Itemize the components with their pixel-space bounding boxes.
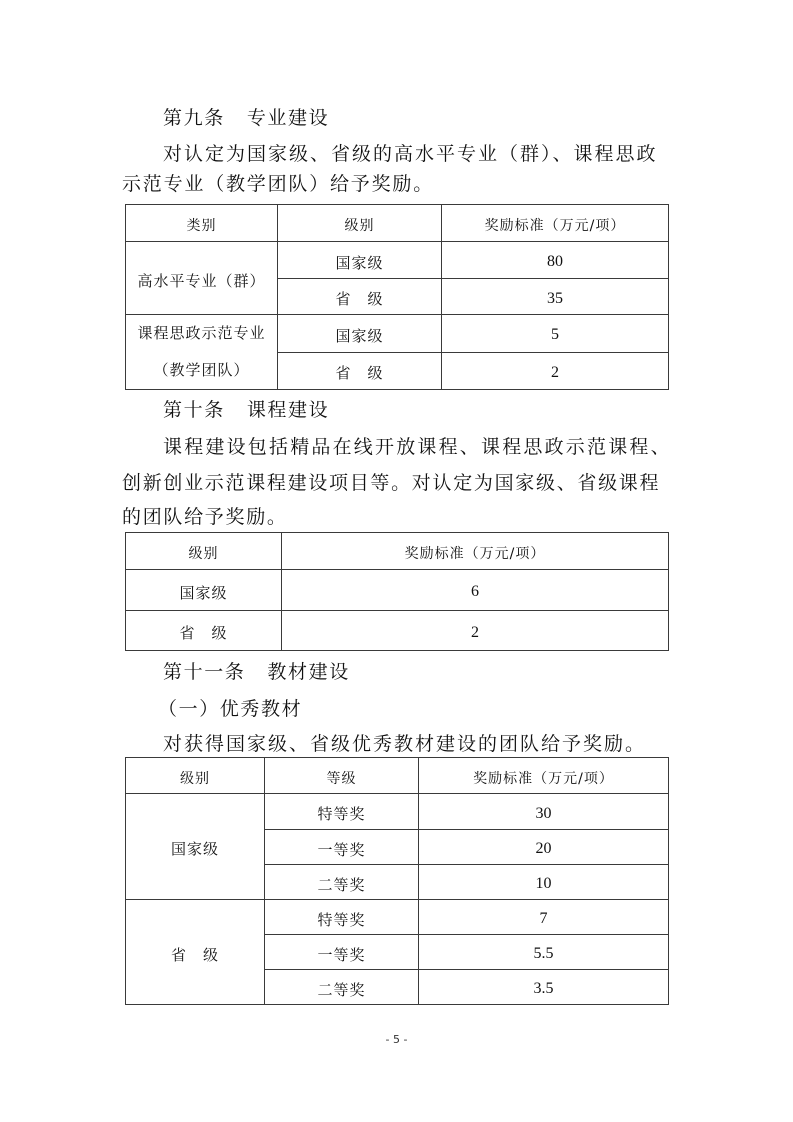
grade-cell: 二等奖	[265, 865, 419, 900]
article10-heading-number: 第十条	[163, 399, 225, 421]
header-level: 级别	[278, 205, 442, 242]
level-cell: 国家级	[278, 242, 442, 279]
amount-cell: 35	[442, 279, 669, 315]
article10-heading-title: 课程建设	[247, 399, 329, 421]
table-row: 省 级 2	[126, 611, 669, 651]
table-header-row: 级别 等级 奖励标准（万元/项）	[126, 758, 669, 794]
level-cell: 省 级	[126, 900, 265, 1005]
amount-cell: 3.5	[419, 970, 669, 1005]
grade-cell: 特等奖	[265, 794, 419, 830]
header-amount: 奖励标准（万元/项）	[442, 205, 669, 242]
article11-heading: 第十一条教材建设	[163, 660, 350, 684]
article10-paragraph-line3: 的团队给予奖励。	[122, 505, 288, 529]
grade-cell: 特等奖	[265, 900, 419, 935]
level-cell: 国家级	[126, 570, 282, 611]
header-level: 级别	[126, 758, 265, 794]
article10-heading: 第十条课程建设	[163, 398, 329, 422]
page-number: - 5 -	[0, 1033, 793, 1046]
amount-cell: 2	[282, 611, 669, 651]
amount-cell: 80	[442, 242, 669, 279]
category-text-line2: （教学团队）	[126, 352, 277, 389]
grade-cell: 一等奖	[265, 935, 419, 970]
table-row: 课程思政示范专业 （教学团队） 国家级 5	[126, 315, 669, 353]
category-cell: 课程思政示范专业 （教学团队）	[126, 315, 278, 390]
table-header-row: 类别 级别 奖励标准（万元/项）	[126, 205, 669, 242]
table-row: 国家级 特等奖 30	[126, 794, 669, 830]
amount-cell: 20	[419, 830, 669, 865]
amount-cell: 5.5	[419, 935, 669, 970]
article10-reward-table: 级别 奖励标准（万元/项） 国家级 6 省 级 2	[125, 532, 669, 651]
level-cell: 省 级	[278, 279, 442, 315]
article10-paragraph-line1: 课程建设包括精品在线开放课程、课程思政示范课程、	[163, 435, 672, 459]
article11-paragraph-line1: 对获得国家级、省级优秀教材建设的团队给予奖励。	[163, 732, 646, 756]
table-row: 高水平专业（群） 国家级 80	[126, 242, 669, 279]
article9-reward-table: 类别 级别 奖励标准（万元/项） 高水平专业（群） 国家级 80 省 级 35 …	[125, 204, 669, 390]
article9-paragraph-line2: 示范专业（教学团队）给予奖励。	[122, 172, 434, 196]
level-cell: 国家级	[126, 794, 265, 900]
table-row: 省 级 特等奖 7	[126, 900, 669, 935]
header-level: 级别	[126, 533, 282, 570]
category-text-line1: 课程思政示范专业	[126, 315, 277, 352]
article9-heading-number: 第九条	[163, 107, 225, 129]
article10-paragraph-line2: 创新创业示范课程建设项目等。对认定为国家级、省级课程	[122, 471, 660, 495]
header-category: 类别	[126, 205, 278, 242]
level-cell: 省 级	[278, 352, 442, 390]
article9-heading: 第九条专业建设	[163, 106, 329, 130]
article9-heading-title: 专业建设	[247, 107, 329, 129]
amount-cell: 2	[442, 352, 669, 390]
level-cell: 国家级	[278, 315, 442, 353]
article9-paragraph-line1: 对认定为国家级、省级的高水平专业（群）、课程思政	[163, 142, 658, 166]
amount-cell: 30	[419, 794, 669, 830]
category-cell: 高水平专业（群）	[126, 242, 278, 315]
grade-cell: 一等奖	[265, 830, 419, 865]
article11-heading-number: 第十一条	[163, 661, 245, 683]
table-row: 国家级 6	[126, 570, 669, 611]
article11-heading-title: 教材建设	[267, 661, 349, 683]
header-amount: 奖励标准（万元/项）	[282, 533, 669, 570]
amount-cell: 10	[419, 865, 669, 900]
category-text: 高水平专业（群）	[137, 272, 265, 290]
amount-cell: 5	[442, 315, 669, 353]
table-header-row: 级别 奖励标准（万元/项）	[126, 533, 669, 570]
header-amount: 奖励标准（万元/项）	[419, 758, 669, 794]
article11-subsection-title: （一）优秀教材	[158, 697, 302, 721]
amount-cell: 7	[419, 900, 669, 935]
article11-reward-table: 级别 等级 奖励标准（万元/项） 国家级 特等奖 30 一等奖 20 二等奖 1…	[125, 757, 669, 1005]
grade-cell: 二等奖	[265, 970, 419, 1005]
amount-cell: 6	[282, 570, 669, 611]
header-grade: 等级	[265, 758, 419, 794]
level-cell: 省 级	[126, 611, 282, 651]
